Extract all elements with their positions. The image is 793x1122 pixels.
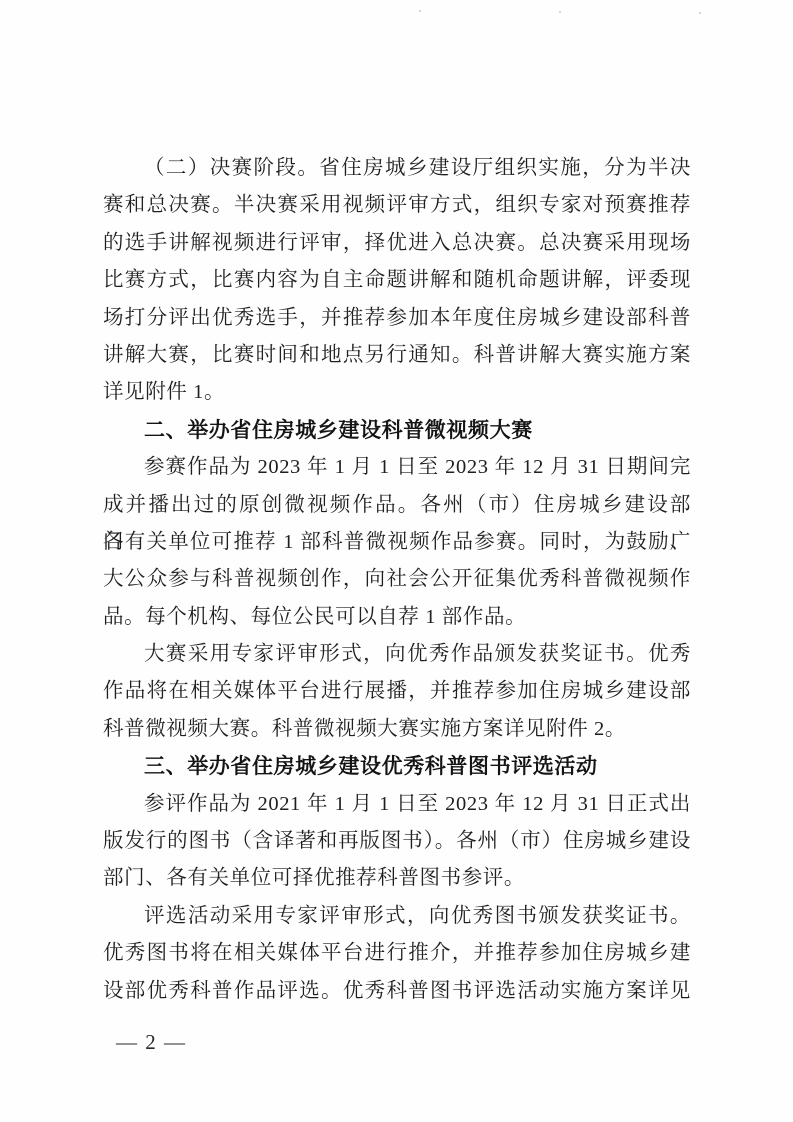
text-line: 科普微视频大赛。科普微视频大赛实施方案详见附件 2。	[103, 711, 691, 748]
text-line: 设部优秀科普作品评选。优秀科普图书评选活动实施方案详见	[103, 973, 691, 1010]
text-line: 版发行的图书（含译著和再版图书）。各州（市）住房城乡建设	[103, 823, 691, 860]
text-line: 讲解大赛，比赛时间和地点另行通知。科普讲解大赛实施方案	[103, 337, 691, 374]
text-line: 参赛作品为 2023 年 1 月 1 日至 2023 年 12 月 31 日期间…	[103, 449, 691, 486]
text-line: 大公众参与科普视频创作，向社会公开征集优秀科普微视频作	[103, 561, 691, 598]
text-line: 品。每个机构、每位公民可以自荐 1 部作品。	[103, 599, 691, 636]
text-line: 成并播出过的原创微视频作品。各州（市）住房城乡建设部门、	[103, 487, 691, 524]
text-line: 作品将在相关媒体平台进行展播，并推荐参加住房城乡建设部	[103, 673, 691, 710]
text-line: 优秀图书将在相关媒体平台进行推介，并推荐参加住房城乡建	[103, 935, 691, 972]
text-line: 各有关单位可推荐 1 部科普微视频作品参赛。同时，为鼓励广	[103, 524, 691, 561]
scan-speck	[419, 10, 421, 12]
scan-speck	[559, 11, 561, 13]
text-line: 赛和总决赛。半决赛采用视频评审方式，组织专家对预赛推荐	[103, 187, 691, 224]
text-line: 比赛方式，比赛内容为自主命题讲解和随机命题讲解，评委现	[103, 262, 691, 299]
section-heading-3: 三、举办省住房城乡建设优秀科普图书评选活动	[103, 748, 691, 785]
scan-speck	[699, 12, 701, 14]
text-line: 场打分评出优秀选手，并推荐参加本年度住房城乡建设部科普	[103, 300, 691, 337]
document-page: （二）决赛阶段。省住房城乡建设厅组织实施，分为半决 赛和总决赛。半决赛采用视频评…	[0, 0, 793, 1122]
text-line: 部门、各有关单位可择优推荐科普图书参评。	[103, 860, 691, 897]
text-line: 详见附件 1。	[103, 374, 691, 411]
text-line: 参评作品为 2021 年 1 月 1 日至 2023 年 12 月 31 日正式…	[103, 786, 691, 823]
text-line: 的选手讲解视频进行评审，择优进入总决赛。总决赛采用现场	[103, 225, 691, 262]
text-line: （二）决赛阶段。省住房城乡建设厅组织实施，分为半决	[103, 150, 691, 187]
body-text: （二）决赛阶段。省住房城乡建设厅组织实施，分为半决 赛和总决赛。半决赛采用视频评…	[103, 150, 691, 1010]
page-number: — 2 —	[116, 1030, 187, 1054]
section-heading-2: 二、举办省住房城乡建设科普微视频大赛	[103, 412, 691, 449]
text-line: 大赛采用专家评审形式，向优秀作品颁发获奖证书。优秀	[103, 636, 691, 673]
text-line: 评选活动采用专家评审形式，向优秀图书颁发获奖证书。	[103, 898, 691, 935]
